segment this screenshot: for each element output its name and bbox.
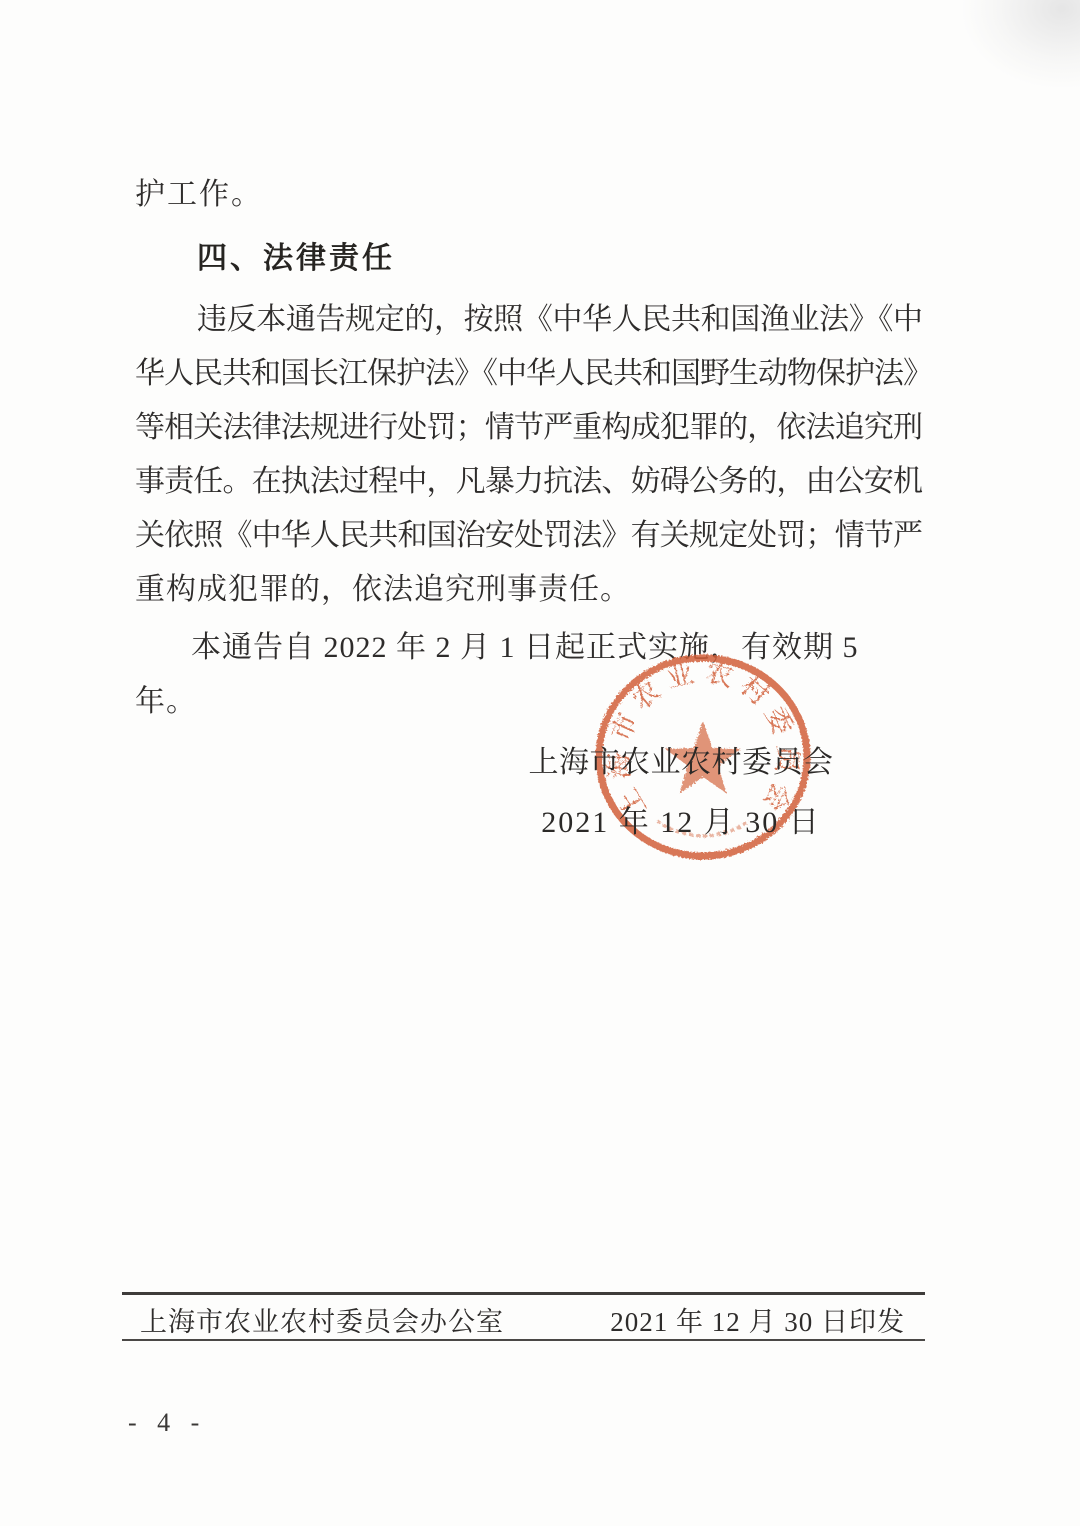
- paragraph-line: 重构成犯罪的，依法追究刑事责任。: [135, 563, 922, 617]
- footer-print-date: 2021 年 12 月 30 日印发: [610, 1300, 905, 1339]
- footer: 上海市农业农村委员会办公室 2021 年 12 月 30 日印发: [140, 1300, 905, 1339]
- page-number: - 4 -: [128, 1408, 206, 1438]
- signature-block: 上海市农业农村委员会 2021 年 12 月 30 日: [476, 737, 886, 841]
- footer-office: 上海市农业农村委员会办公室: [140, 1300, 504, 1339]
- document-body: 护工作。 四、法律责任 违反本通告规定的，按照《中华人民共和国渔业法》《中 华人…: [135, 168, 922, 729]
- document-page: 护工作。 四、法律责任 违反本通告规定的，按照《中华人民共和国渔业法》《中 华人…: [0, 0, 1080, 1526]
- paragraph-line: 华人民共和国长江保护法》《中华人民共和国野生动物保护法》: [135, 347, 922, 401]
- carryover-line: 护工作。: [135, 168, 922, 222]
- scan-smudge: [960, 0, 1080, 90]
- paragraph-line: 违反本通告规定的，按照《中华人民共和国渔业法》《中: [135, 293, 922, 347]
- paragraph-line: 关依照《中华人民共和国治安处罚法》有关规定处罚；情节严: [135, 509, 922, 563]
- footer-rule-top: [122, 1292, 925, 1295]
- issuer-name: 上海市农业农村委员会: [476, 737, 886, 781]
- paragraph-line: 等相关法律法规进行处罚；情节严重构成犯罪的，依法追究刑: [135, 401, 922, 455]
- issue-date: 2021 年 12 月 30 日: [476, 797, 886, 841]
- section-heading: 四、法律责任: [135, 232, 922, 286]
- footer-rule-bottom: [122, 1339, 925, 1341]
- paragraph-line: 事责任。在执法过程中，凡暴力抗法、妨碍公务的，由公安机: [135, 455, 922, 509]
